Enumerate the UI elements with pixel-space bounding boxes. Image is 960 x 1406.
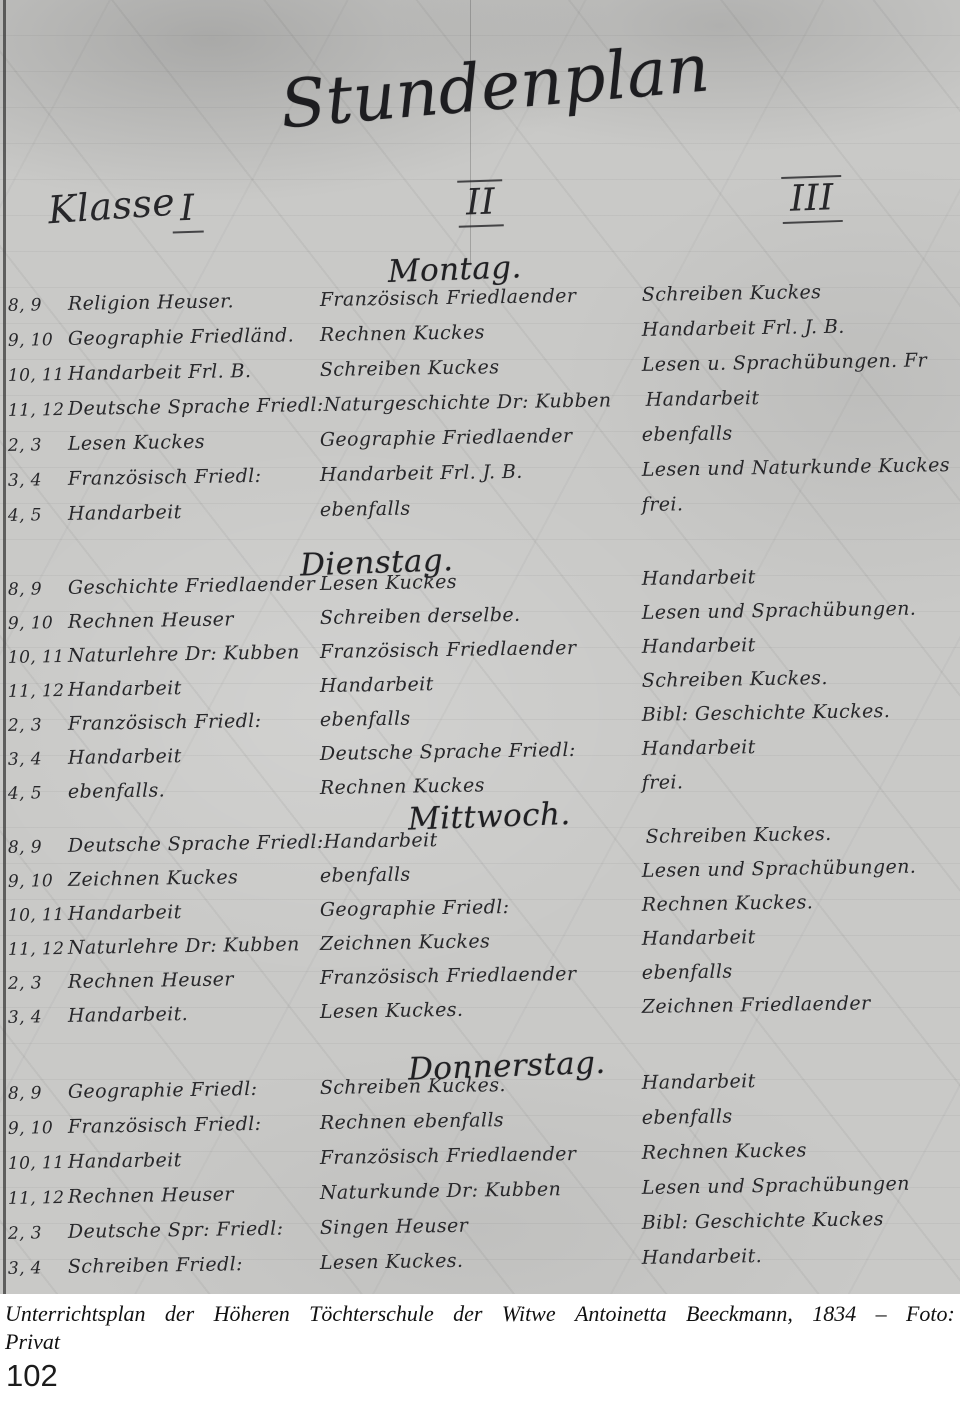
class3-cell: Handarbeit	[642, 733, 960, 760]
class2-cell: Lesen Kuckes	[320, 568, 642, 595]
time-slot: 9, 10	[0, 1118, 68, 1139]
class1-cell: Französisch Friedl:	[68, 464, 320, 490]
class3-cell: Handarbeit	[642, 923, 960, 950]
photo-caption: UnterrichtsplanderHöherenTöchterschulede…	[5, 1300, 955, 1355]
time-slot: 3, 4	[0, 1007, 68, 1028]
class3-cell: Handarbeit	[642, 631, 960, 658]
time-slot: 8, 9	[0, 295, 68, 316]
class3-cell: Schreiben Kuckes	[642, 279, 960, 306]
class2-cell: ebenfalls	[320, 860, 642, 887]
class3-cell: Bibl: Geschichte Kuckes.	[642, 699, 960, 726]
time-slot: 11, 12	[0, 1188, 68, 1209]
class2-cell: Rechnen Kuckes	[320, 319, 642, 346]
class3-cell: frei.	[642, 489, 960, 516]
class1-cell: Naturlehre Dr: Kubben	[68, 641, 320, 667]
class3-cell: Bibl: Geschichte Kuckes	[642, 1207, 960, 1234]
class2-cell: Handarbeit	[320, 670, 642, 697]
scanned-timetable-photo: Stundenplan Klasse I II III Montag.8, 9R…	[0, 0, 960, 1294]
class1-cell: Handarbeit	[68, 899, 320, 925]
time-slot: 2, 3	[0, 715, 68, 736]
time-slot: 8, 9	[0, 1083, 68, 1104]
class3-cell: Rechnen Kuckes.	[642, 889, 960, 916]
time-slot: 2, 3	[0, 973, 68, 994]
class3-cell: Rechnen Kuckes	[642, 1137, 960, 1164]
class1-cell: Handarbeit	[68, 743, 320, 769]
class3-cell: Schreiben Kuckes.	[645, 821, 959, 848]
class1-cell: Naturlehre Dr: Kubben	[68, 933, 320, 959]
class3-cell: Handarbeit.	[642, 1242, 960, 1269]
class2-cell: Zeichnen Kuckes	[320, 928, 642, 955]
class2-cell: Deutsche Sprache Friedl:	[320, 738, 642, 765]
class1-cell: Handarbeit	[68, 675, 320, 701]
time-slot: 11, 12	[0, 939, 68, 960]
class2-cell: Naturkunde Dr: Kubben	[320, 1177, 642, 1204]
class2-cell: ebenfalls	[320, 704, 642, 731]
caption-line2: Privat	[5, 1328, 955, 1356]
class3-cell: Zeichnen Friedlaender	[642, 991, 960, 1018]
time-slot: 2, 3	[0, 435, 68, 456]
class1-cell: Deutsche Sprache Friedl:	[68, 831, 324, 857]
time-slot: 2, 3	[0, 1223, 68, 1244]
class3-cell: Lesen und Naturkunde Kuckes	[642, 454, 960, 481]
day-section: Montag.8, 9Religion Heuser.Französisch F…	[0, 244, 960, 539]
class-numeral-3: III	[781, 175, 842, 224]
day-section: Dienstag.8, 9Geschichte FriedlaenderLese…	[0, 536, 960, 816]
time-slot: 8, 9	[0, 579, 68, 600]
class3-cell: ebenfalls	[642, 957, 960, 984]
class1-cell: Handarbeit Frl. B.	[68, 359, 320, 385]
time-slot: 10, 11	[0, 1153, 68, 1174]
day-section: Donnerstag.8, 9Geographie Friedl:Schreib…	[0, 1042, 960, 1292]
class1-cell: Französisch Friedl:	[68, 709, 320, 735]
class-numeral-2: II	[457, 179, 504, 228]
class1-cell: Geschichte Friedlaender	[68, 573, 320, 599]
class2-cell: ebenfalls	[320, 494, 642, 521]
day-section: Mittwoch.8, 9Deutsche Sprache Friedl:Han…	[0, 792, 960, 1040]
class2-cell: Handarbeit	[324, 826, 646, 853]
class1-cell: Handarbeit	[68, 499, 320, 525]
class1-cell: Geographie Friedländ.	[68, 324, 320, 350]
time-slot: 11, 12	[0, 681, 68, 702]
class3-cell: Handarbeit	[645, 384, 959, 411]
class2-cell: Naturgeschichte Dr: Kubben	[324, 389, 646, 416]
class2-cell: Geographie Friedl:	[320, 894, 642, 921]
class1-cell: Geographie Friedl:	[68, 1077, 320, 1103]
class2-cell: Französisch Friedlaender	[320, 1142, 642, 1169]
class3-cell: Handarbeit Frl. J. B.	[642, 314, 960, 341]
class3-cell: Lesen u. Sprachübungen. Fr	[642, 349, 960, 376]
class1-cell: Zeichnen Kuckes	[68, 865, 320, 891]
class3-cell: Lesen und Sprachübungen.	[642, 597, 960, 624]
time-slot: 3, 4	[0, 1258, 68, 1279]
class3-cell: Handarbeit	[642, 563, 960, 590]
class-label: Klasse	[47, 180, 177, 233]
class1-cell: Französisch Friedl:	[68, 1112, 320, 1138]
class2-cell: Schreiben derselbe.	[320, 602, 642, 629]
class1-cell: Schreiben Friedl:	[68, 1252, 320, 1278]
class2-cell: Handarbeit Frl. J. B.	[320, 459, 642, 486]
class2-cell: Französisch Friedlaender	[320, 636, 642, 663]
class1-cell: Deutsche Spr: Friedl:	[68, 1217, 320, 1243]
class2-cell: Schreiben Kuckes	[320, 354, 642, 381]
time-slot: 10, 11	[0, 905, 68, 926]
page-number: 102	[6, 1358, 58, 1394]
time-slot: 10, 11	[0, 365, 68, 386]
class1-cell: Rechnen Heuser	[68, 607, 320, 633]
time-slot: 3, 4	[0, 470, 68, 491]
class1-cell: Deutsche Sprache Friedl:	[68, 394, 324, 420]
class3-cell: Lesen und Sprachübungen	[642, 1172, 960, 1199]
time-slot: 4, 5	[0, 505, 68, 526]
class3-cell: Schreiben Kuckes.	[642, 665, 960, 692]
class3-cell: Lesen und Sprachübungen.	[642, 855, 960, 882]
time-slot: 9, 10	[0, 330, 68, 351]
class2-cell: Schreiben Kuckes.	[320, 1072, 642, 1099]
class2-cell: Singen Heuser	[320, 1212, 642, 1239]
class2-cell: Geographie Friedlaender	[320, 424, 642, 451]
class3-cell: ebenfalls	[642, 419, 960, 446]
time-slot: 9, 10	[0, 613, 68, 634]
class2-cell: Rechnen ebenfalls	[320, 1107, 642, 1134]
time-slot: 8, 9	[0, 837, 68, 858]
time-slot: 9, 10	[0, 871, 68, 892]
class2-cell: Lesen Kuckes.	[320, 1247, 642, 1274]
caption-line1: UnterrichtsplanderHöherenTöchterschulede…	[5, 1300, 955, 1328]
class1-cell: Rechnen Heuser	[68, 967, 320, 993]
class3-cell: ebenfalls	[642, 1102, 960, 1129]
time-slot: 3, 4	[0, 749, 68, 770]
class1-cell: Lesen Kuckes	[68, 429, 320, 455]
class1-cell: Handarbeit	[68, 1147, 320, 1173]
class1-cell: Rechnen Heuser	[68, 1182, 320, 1208]
class-numeral-1: I	[171, 187, 203, 233]
class3-cell: Handarbeit	[642, 1067, 960, 1094]
class-header-row: Klasse I II III	[0, 178, 960, 238]
time-slot: 10, 11	[0, 647, 68, 668]
class1-cell: Religion Heuser.	[68, 289, 320, 315]
class1-cell: Handarbeit.	[68, 1001, 320, 1027]
class2-cell: Lesen Kuckes.	[320, 996, 642, 1023]
document-title: Stundenplan	[253, 27, 738, 146]
time-slot: 11, 12	[0, 400, 68, 421]
class2-cell: Französisch Friedlaender	[320, 962, 642, 989]
class2-cell: Französisch Friedlaender	[320, 284, 642, 311]
